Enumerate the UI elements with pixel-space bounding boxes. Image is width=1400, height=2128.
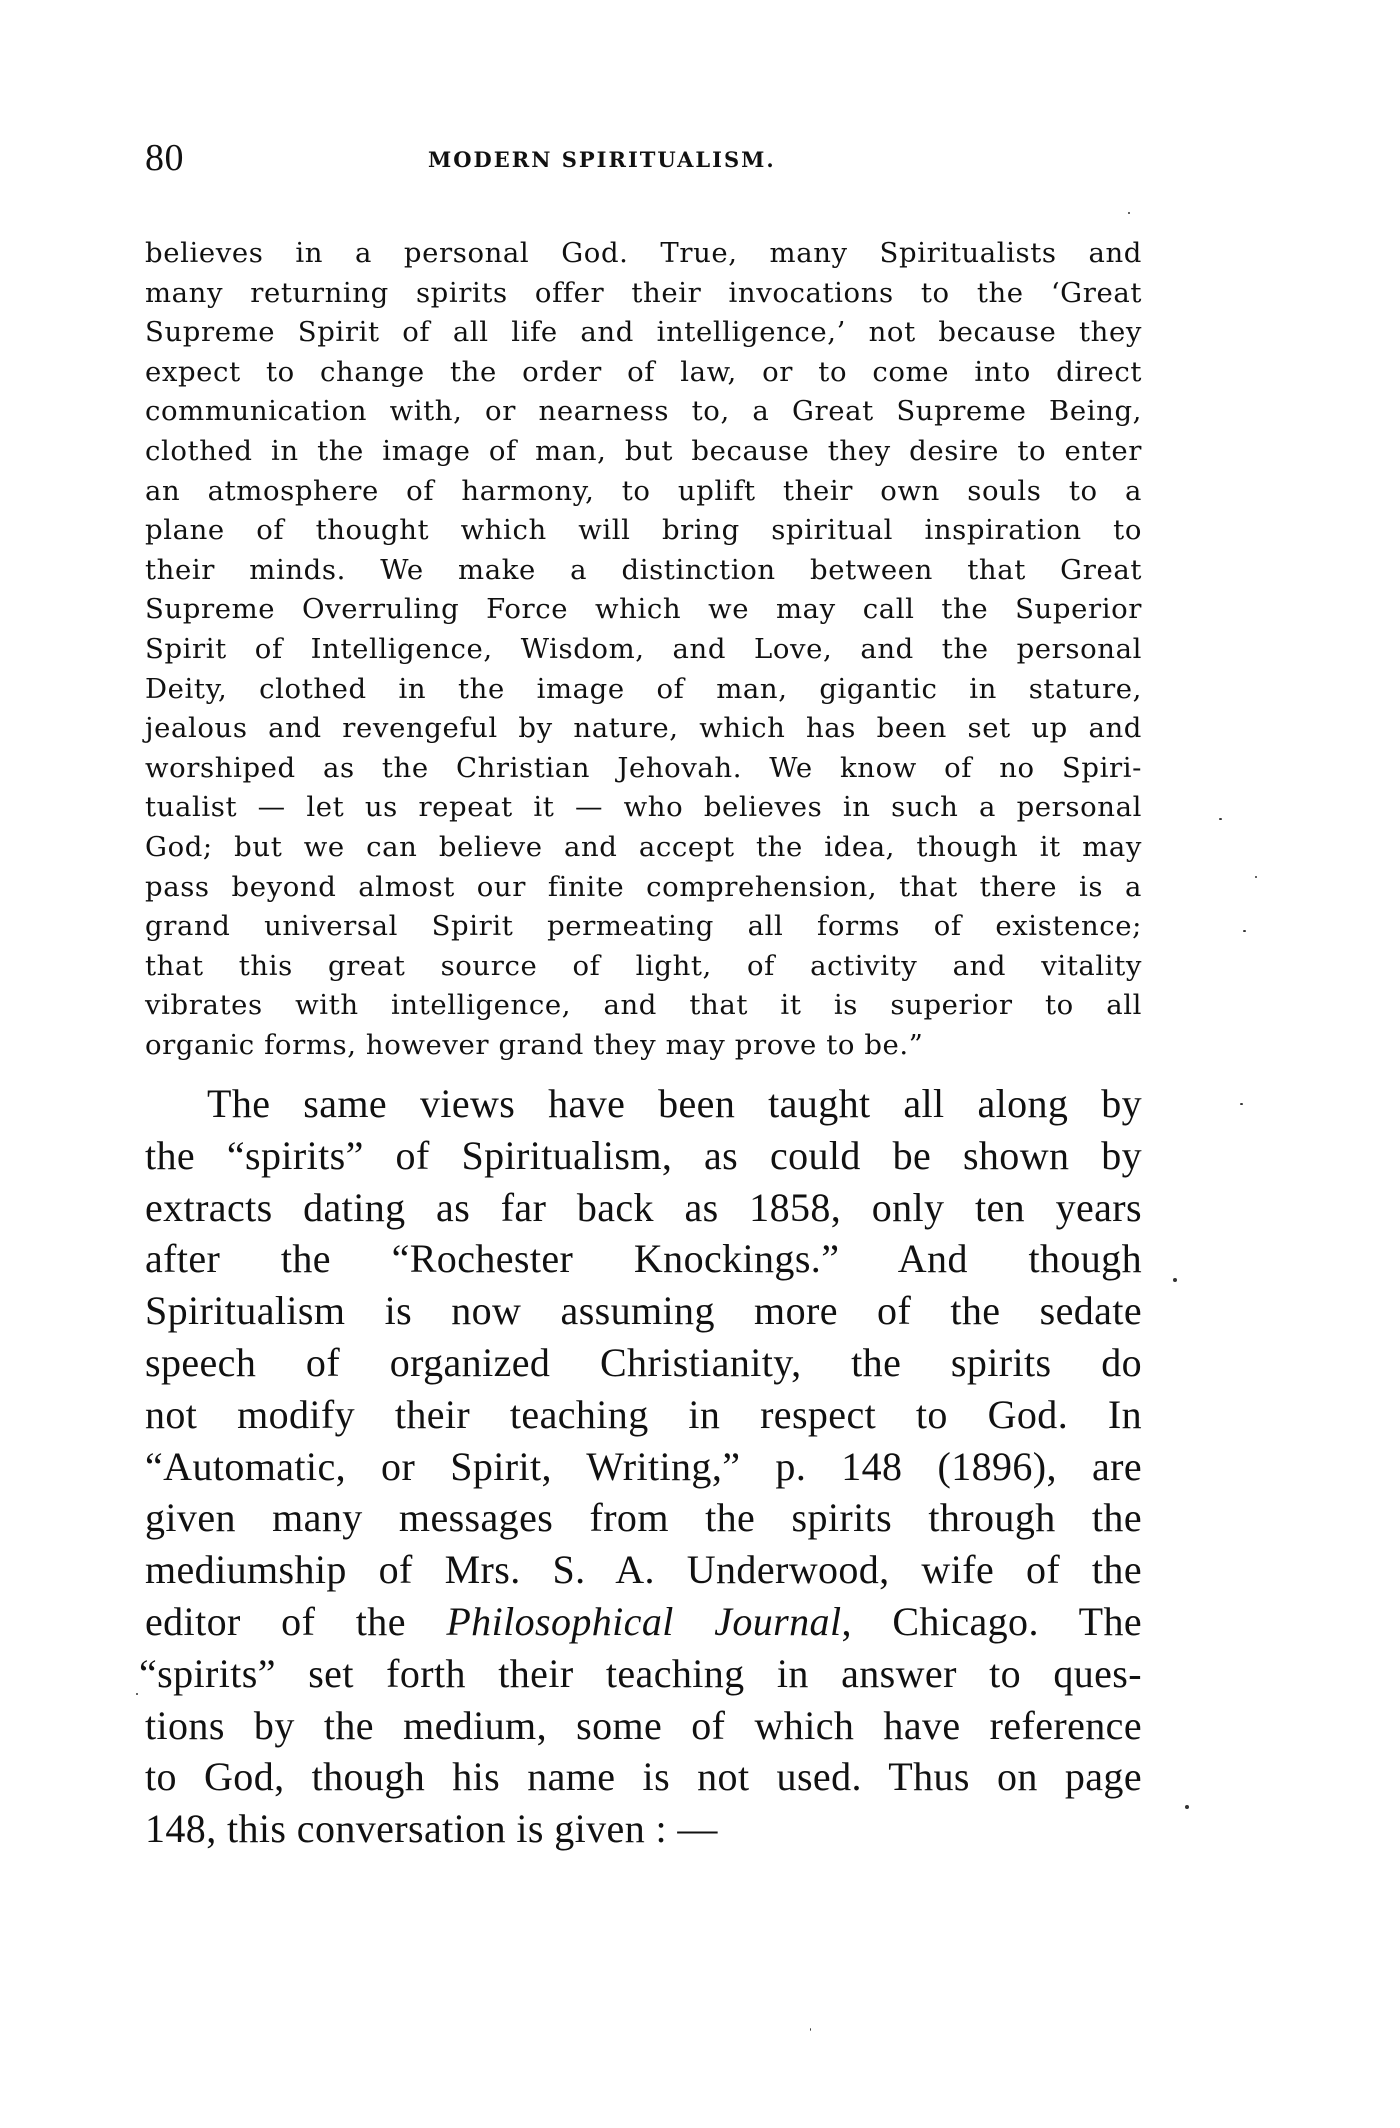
text-line: organic forms, however grand they may pr… — [145, 1026, 1142, 1066]
text-line: vibrates with intelligence, and that it … — [145, 986, 1142, 1026]
text-line: their minds. We make a distinction betwe… — [145, 551, 1142, 591]
text-line: many returning spirits offer their invoc… — [145, 274, 1142, 314]
text-line: 148, this conversation is given : — — [145, 1803, 1142, 1855]
text-line: Deity, clothed in the image of man, giga… — [145, 670, 1142, 710]
text-line: Supreme Spirit of all life and intellige… — [145, 313, 1142, 353]
text-line: grand universal Spirit permeating all fo… — [145, 907, 1142, 947]
text-run: , Chicago. The — [841, 1599, 1142, 1644]
text-line: God; but we can believe and accept the i… — [145, 828, 1142, 868]
text-line: tions by the medium, some of which have … — [145, 1700, 1142, 1752]
body-paragraph: The same views have been taught all alon… — [145, 1078, 1142, 1855]
text-line: clothed in the image of man, but because… — [145, 432, 1142, 472]
scan-speck — [136, 1693, 138, 1695]
text-line: extracts dating as far back as 1858, onl… — [145, 1182, 1142, 1234]
running-title: MODERN SPIRITUALISM. — [428, 146, 776, 174]
running-header: 80 MODERN SPIRITUALISM. — [145, 136, 1142, 180]
text-line: speech of organized Christianity, the sp… — [145, 1337, 1142, 1389]
text-line: not modify their teaching in respect to … — [145, 1389, 1142, 1441]
scan-speck — [1219, 818, 1222, 820]
text-line: Spiritualism is now assuming more of the… — [145, 1285, 1142, 1337]
text-line: expect to change the order of law, or to… — [145, 353, 1142, 393]
text-line: Spirit of Intelligence, Wisdom, and Love… — [145, 630, 1142, 670]
scan-speck — [1243, 930, 1246, 932]
text-line-with-italic-title: editor of the Philosophical Journal, Chi… — [145, 1596, 1142, 1648]
book-page: 80 MODERN SPIRITUALISM. believes in a pe… — [0, 0, 1400, 2128]
text-line: pass beyond almost our finite comprehens… — [145, 868, 1142, 908]
scan-speck — [810, 2028, 811, 2031]
text-line: worshiped as the Christian Jehovah. We k… — [145, 749, 1142, 789]
quoted-passage: believes in a personal God. True, many S… — [145, 234, 1142, 1065]
scan-speck — [1255, 876, 1257, 878]
text-line: jealous and revengeful by nature, which … — [145, 709, 1142, 749]
text-line: The same views have been taught all alon… — [145, 1078, 1142, 1130]
text-line: Supreme Overruling Force which we may ca… — [145, 590, 1142, 630]
page-number: 80 — [145, 136, 184, 180]
scan-speck — [1173, 1278, 1177, 1282]
text-line: communication with, or nearness to, a Gr… — [145, 392, 1142, 432]
scan-speck — [1128, 212, 1130, 214]
text-line: tualist — let us repeat it — who believe… — [145, 788, 1142, 828]
text-line: given many messages from the spirits thr… — [145, 1492, 1142, 1544]
text-line: after the “Rochester Knockings.” And tho… — [145, 1233, 1142, 1285]
text-line: the “spirits” of Spiritualism, as could … — [145, 1130, 1142, 1182]
scan-speck — [1185, 1805, 1189, 1809]
text-line: to God, though his name is not used. Thu… — [145, 1751, 1142, 1803]
journal-title: Philosophical Journal — [446, 1599, 841, 1644]
text-line: plane of thought which will bring spirit… — [145, 511, 1142, 551]
text-line: believes in a personal God. True, many S… — [145, 234, 1142, 274]
scan-speck — [1240, 1103, 1243, 1105]
text-line: an atmosphere of harmony, to uplift thei… — [145, 472, 1142, 512]
text-line: that this great source of light, of acti… — [145, 947, 1142, 987]
text-run: editor of the — [145, 1599, 446, 1644]
text-line: “spirits” set forth their teaching in an… — [139, 1648, 1142, 1700]
text-line: mediumship of Mrs. S. A. Underwood, wife… — [145, 1544, 1142, 1596]
text-line: “Automatic, or Spirit, Writing,” p. 148 … — [145, 1441, 1142, 1493]
